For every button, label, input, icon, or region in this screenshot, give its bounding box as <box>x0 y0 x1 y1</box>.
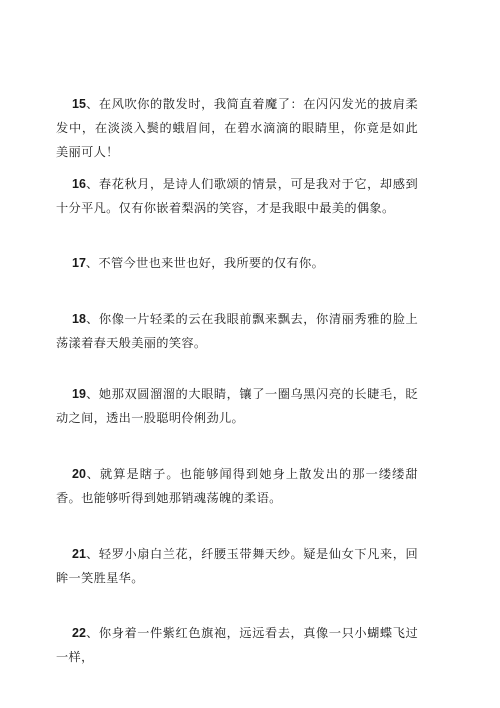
paragraph-text: 你身着一件紫红色旗袍，远远看去，真像一只小蝴蝶飞过一样， <box>56 626 418 664</box>
paragraph-text: 轻罗小扇白兰花，纤腰玉带舞天纱。疑是仙女下凡来，回眸一笑胜星华。 <box>56 547 418 585</box>
paragraph-number: 21 <box>72 547 86 561</box>
paragraph-separator: 、 <box>86 312 99 326</box>
paragraph-text: 在风吹你的散发时，我简直着魔了：在闪闪发光的披肩柔发中，在淡淡入鬓的蛾眉间，在碧… <box>56 97 418 159</box>
paragraph-number: 16 <box>72 177 86 191</box>
paragraph-21: 21、轻罗小扇白兰花，纤腰玉带舞天纱。疑是仙女下凡来，回眸一笑胜星华。 <box>56 542 418 590</box>
paragraph-text: 不管今世也来世也好，我所要的仅有你。 <box>98 256 324 270</box>
paragraph-number: 17 <box>72 256 86 270</box>
paragraph-20: 20、就算是瞎子。也能够闻得到她身上散发出的那一缕缕甜香。也能够听得到她那销魂荡… <box>56 462 418 510</box>
paragraph-text: 春花秋月，是诗人们歌颂的情景，可是我对于它，却感到十分平凡。仅有你嵌着梨涡的笑容… <box>56 177 418 215</box>
paragraph-text: 她那双圆溜溜的大眼睛，镶了一圈乌黑闪亮的长睫毛，眨动之间，透出一股聪明伶俐劲儿。 <box>56 387 418 425</box>
paragraph-separator: 、 <box>86 387 99 401</box>
paragraph-number: 15 <box>72 97 86 111</box>
paragraph-text: 你像一片轻柔的云在我眼前飘来飘去，你清丽秀雅的脸上荡漾着春天般美丽的笑容。 <box>56 312 418 350</box>
paragraph-separator: 、 <box>86 547 99 561</box>
paragraph-separator: 、 <box>86 177 99 191</box>
paragraph-15: 15、在风吹你的散发时，我简直着魔了：在闪闪发光的披肩柔发中，在淡淡入鬓的蛾眉间… <box>56 92 418 164</box>
paragraph-separator: 、 <box>86 97 99 111</box>
paragraph-number: 22 <box>72 626 86 640</box>
paragraph-number: 20 <box>72 467 86 481</box>
paragraph-number: 19 <box>72 387 86 401</box>
paragraph-text: 就算是瞎子。也能够闻得到她身上散发出的那一缕缕甜香。也能够听得到她那销魂荡魄的柔… <box>56 467 418 505</box>
paragraph-18: 18、你像一片轻柔的云在我眼前飘来飘去，你清丽秀雅的脸上荡漾着春天般美丽的笑容。 <box>56 307 418 355</box>
paragraph-22: 22、你身着一件紫红色旗袍，远远看去，真像一只小蝴蝶飞过一样， <box>56 621 418 669</box>
paragraph-number: 18 <box>72 312 86 326</box>
document-page: 15、在风吹你的散发时，我简直着魔了：在闪闪发光的披肩柔发中，在淡淡入鬓的蛾眉间… <box>0 0 500 708</box>
paragraph-separator: 、 <box>86 467 100 481</box>
paragraph-17: 17、不管今世也来世也好，我所要的仅有你。 <box>56 251 418 275</box>
paragraph-separator: 、 <box>86 256 99 270</box>
paragraph-separator: 、 <box>86 626 99 640</box>
paragraph-19: 19、她那双圆溜溜的大眼睛，镶了一圈乌黑闪亮的长睫毛，眨动之间，透出一股聪明伶俐… <box>56 382 418 430</box>
paragraph-16: 16、春花秋月，是诗人们歌颂的情景，可是我对于它，却感到十分平凡。仅有你嵌着梨涡… <box>56 172 418 220</box>
